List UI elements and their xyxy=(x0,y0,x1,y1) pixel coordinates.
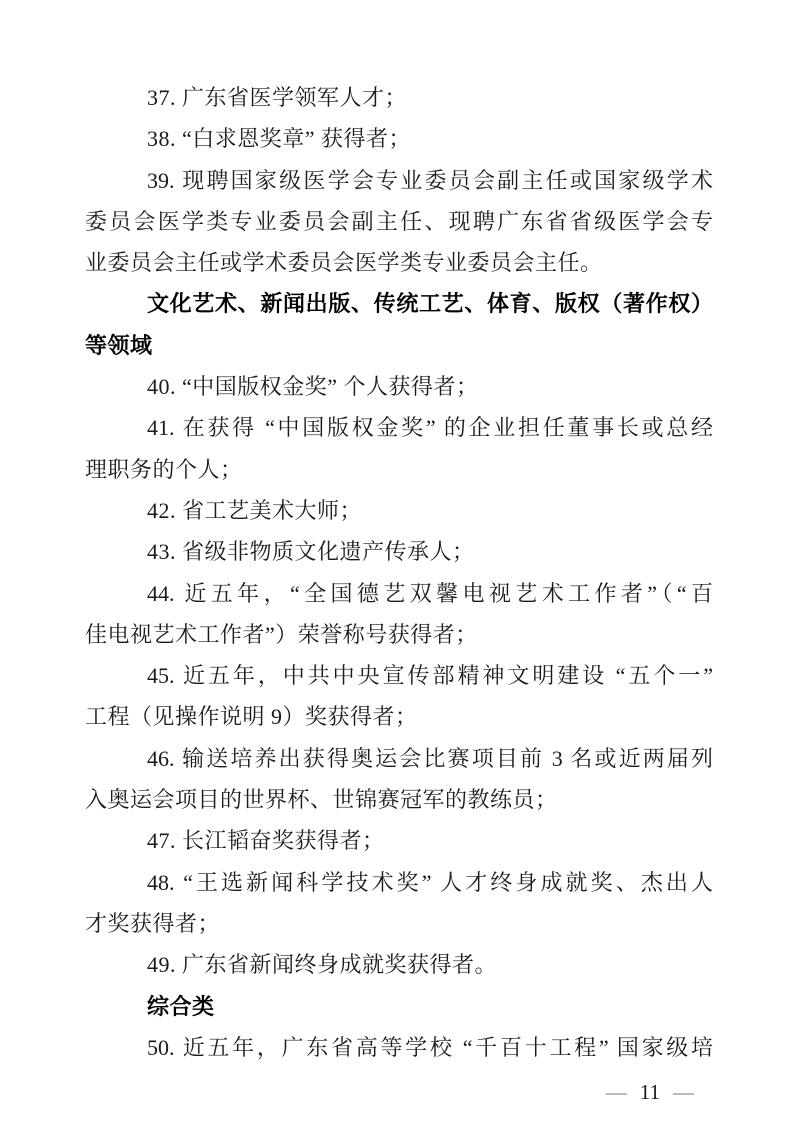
text-line: 46. 输送培养出获得奥运会比赛项目前 3 名或近两届列 xyxy=(85,738,713,779)
paragraph: 37. 广东省医学领军人才； xyxy=(85,77,713,118)
text-line: 入奥运会项目的世界杯、世锦赛冠军的教练员； xyxy=(85,779,713,820)
page-number-dash-right: — xyxy=(673,1078,694,1106)
text-line: 佳电视艺术工作者”）荣誉称号获得者； xyxy=(85,614,713,655)
text-line: 委员会医学类专业委员会副主任、现聘广东省省级医学会专 xyxy=(85,201,713,242)
paragraph: 44. 近五年，“全国德艺双馨电视艺术工作者”（“百佳电视艺术工作者”）荣誉称号… xyxy=(85,573,713,656)
paragraph: 42. 省工艺美术大师； xyxy=(85,490,713,531)
page-number-value: 11 xyxy=(640,1078,660,1106)
paragraph: 45. 近五年，中共中央宣传部精神文明建设 “五个一”工程（见操作说明 9）奖获… xyxy=(85,655,713,738)
text-line: 40. “中国版权金奖” 个人获得者； xyxy=(85,366,713,407)
text-line: 41. 在获得 “中国版权金奖” 的企业担任董事长或总经 xyxy=(85,407,713,448)
paragraph: 48. “王选新闻科学技术奖” 人才终身成就奖、杰出人才奖获得者； xyxy=(85,862,713,945)
text-line: 48. “王选新闻科学技术奖” 人才终身成就奖、杰出人 xyxy=(85,862,713,903)
section-heading: 综合类 xyxy=(85,986,713,1027)
page-number-dash-left: — xyxy=(606,1078,627,1106)
paragraph: 50. 近五年，广东省高等学校 “千百十工程” 国家级培 xyxy=(85,1027,713,1068)
text-line: 44. 近五年，“全国德艺双馨电视艺术工作者”（“百 xyxy=(85,573,713,614)
paragraph: 47. 长江韬奋奖获得者； xyxy=(85,820,713,861)
text-line: 42. 省工艺美术大师； xyxy=(85,490,713,531)
text-line: 理职务的个人； xyxy=(85,449,713,490)
text-line: 业委员会主任或学术委员会医学类专业委员会主任。 xyxy=(85,242,713,283)
text-line: 43. 省级非物质文化遗产传承人； xyxy=(85,531,713,572)
text-line: 38. “白求恩奖章” 获得者； xyxy=(85,118,713,159)
text-line: 才奖获得者； xyxy=(85,903,713,944)
page-number: — 11 — xyxy=(606,1078,694,1106)
paragraph: 46. 输送培养出获得奥运会比赛项目前 3 名或近两届列入奥运会项目的世界杯、世… xyxy=(85,738,713,821)
paragraph: 49. 广东省新闻终身成就奖获得者。 xyxy=(85,944,713,985)
text-line: 47. 长江韬奋奖获得者； xyxy=(85,820,713,861)
paragraph: 38. “白求恩奖章” 获得者； xyxy=(85,118,713,159)
paragraph: 41. 在获得 “中国版权金奖” 的企业担任董事长或总经理职务的个人； xyxy=(85,407,713,490)
text-line: 45. 近五年，中共中央宣传部精神文明建设 “五个一” xyxy=(85,655,713,696)
text-line: 工程（见操作说明 9）奖获得者； xyxy=(85,696,713,737)
paragraph: 39. 现聘国家级医学会专业委员会副主任或国家级学术委员会医学类专业委员会副主任… xyxy=(85,160,713,284)
section-heading: 文化艺术、新闻出版、传统工艺、体育、版权（著作权）等领域 xyxy=(85,283,713,366)
content-area: 37. 广东省医学领军人才；38. “白求恩奖章” 获得者；39. 现聘国家级医… xyxy=(85,77,713,1068)
text-line: 50. 近五年，广东省高等学校 “千百十工程” 国家级培 xyxy=(85,1027,713,1068)
paragraph: 43. 省级非物质文化遗产传承人； xyxy=(85,531,713,572)
text-line: 综合类 xyxy=(85,986,713,1027)
text-line: 37. 广东省医学领军人才； xyxy=(85,77,713,118)
text-line: 49. 广东省新闻终身成就奖获得者。 xyxy=(85,944,713,985)
paragraph: 40. “中国版权金奖” 个人获得者； xyxy=(85,366,713,407)
text-line: 文化艺术、新闻出版、传统工艺、体育、版权（著作权） xyxy=(85,283,713,324)
text-line: 39. 现聘国家级医学会专业委员会副主任或国家级学术 xyxy=(85,160,713,201)
text-line: 等领域 xyxy=(85,325,713,366)
document-page: 37. 广东省医学领军人才；38. “白求恩奖章” 获得者；39. 现聘国家级医… xyxy=(0,0,800,1138)
